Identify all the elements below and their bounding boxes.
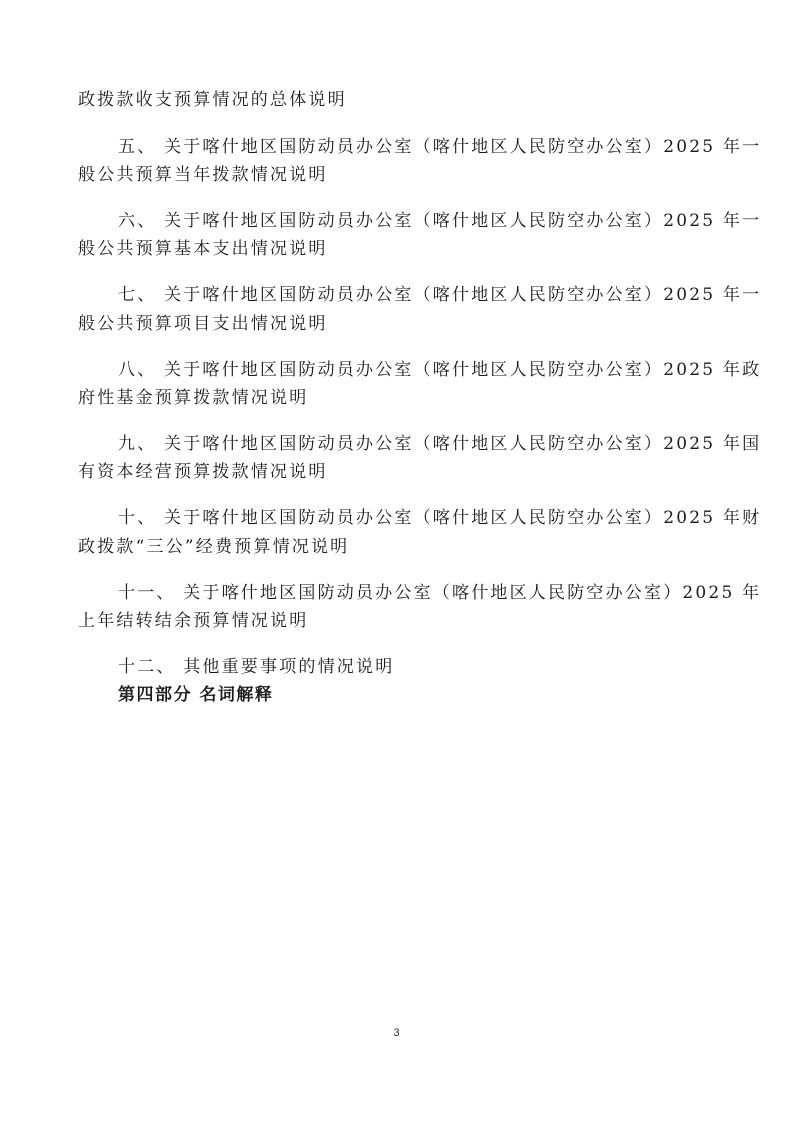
toc-item-10-cont: 政拨款“三公”经费预算情况说明 xyxy=(78,536,718,558)
toc-item-9: 九、 关于喀什地区国防动员办公室（喀什地区人民防空办公室）2025 年国 xyxy=(118,433,758,455)
toc-item-10: 十、 关于喀什地区国防动员办公室（喀什地区人民防空办公室）2025 年财 xyxy=(118,507,758,529)
toc-item-7-cont: 般公共预算项目支出情况说明 xyxy=(78,313,718,335)
page-number: 3 xyxy=(0,1027,793,1039)
toc-item-11: 十一、 关于喀什地区国防动员办公室（喀什地区人民防空办公室）2025 年 xyxy=(118,582,758,604)
toc-item-6-cont: 般公共预算基本支出情况说明 xyxy=(78,238,718,260)
toc-item-5: 五、 关于喀什地区国防动员办公室（喀什地区人民防空办公室）2025 年一 xyxy=(118,136,758,158)
toc-line: 政拨款收支预算情况的总体说明 xyxy=(78,89,718,111)
toc-item-9-cont: 有资本经营预算拨款情况说明 xyxy=(78,461,718,483)
toc-item-5-cont: 般公共预算当年拨款情况说明 xyxy=(78,164,718,186)
toc-item-7: 七、 关于喀什地区国防动员办公室（喀什地区人民防空办公室）2025 年一 xyxy=(118,284,758,306)
toc-item-8-cont: 府性基金预算拨款情况说明 xyxy=(78,387,718,409)
document-page: 政拨款收支预算情况的总体说明 五、 关于喀什地区国防动员办公室（喀什地区人民防空… xyxy=(0,0,793,1122)
toc-item-11-cont: 上年结转结余预算情况说明 xyxy=(78,610,718,632)
toc-item-12: 十二、 其他重要事项的情况说明 xyxy=(118,656,758,678)
toc-item-6: 六、 关于喀什地区国防动员办公室（喀什地区人民防空办公室）2025 年一 xyxy=(118,210,758,232)
section-heading: 第四部分 名词解释 xyxy=(118,684,758,706)
toc-item-8: 八、 关于喀什地区国防动员办公室（喀什地区人民防空办公室）2025 年政 xyxy=(118,359,758,381)
